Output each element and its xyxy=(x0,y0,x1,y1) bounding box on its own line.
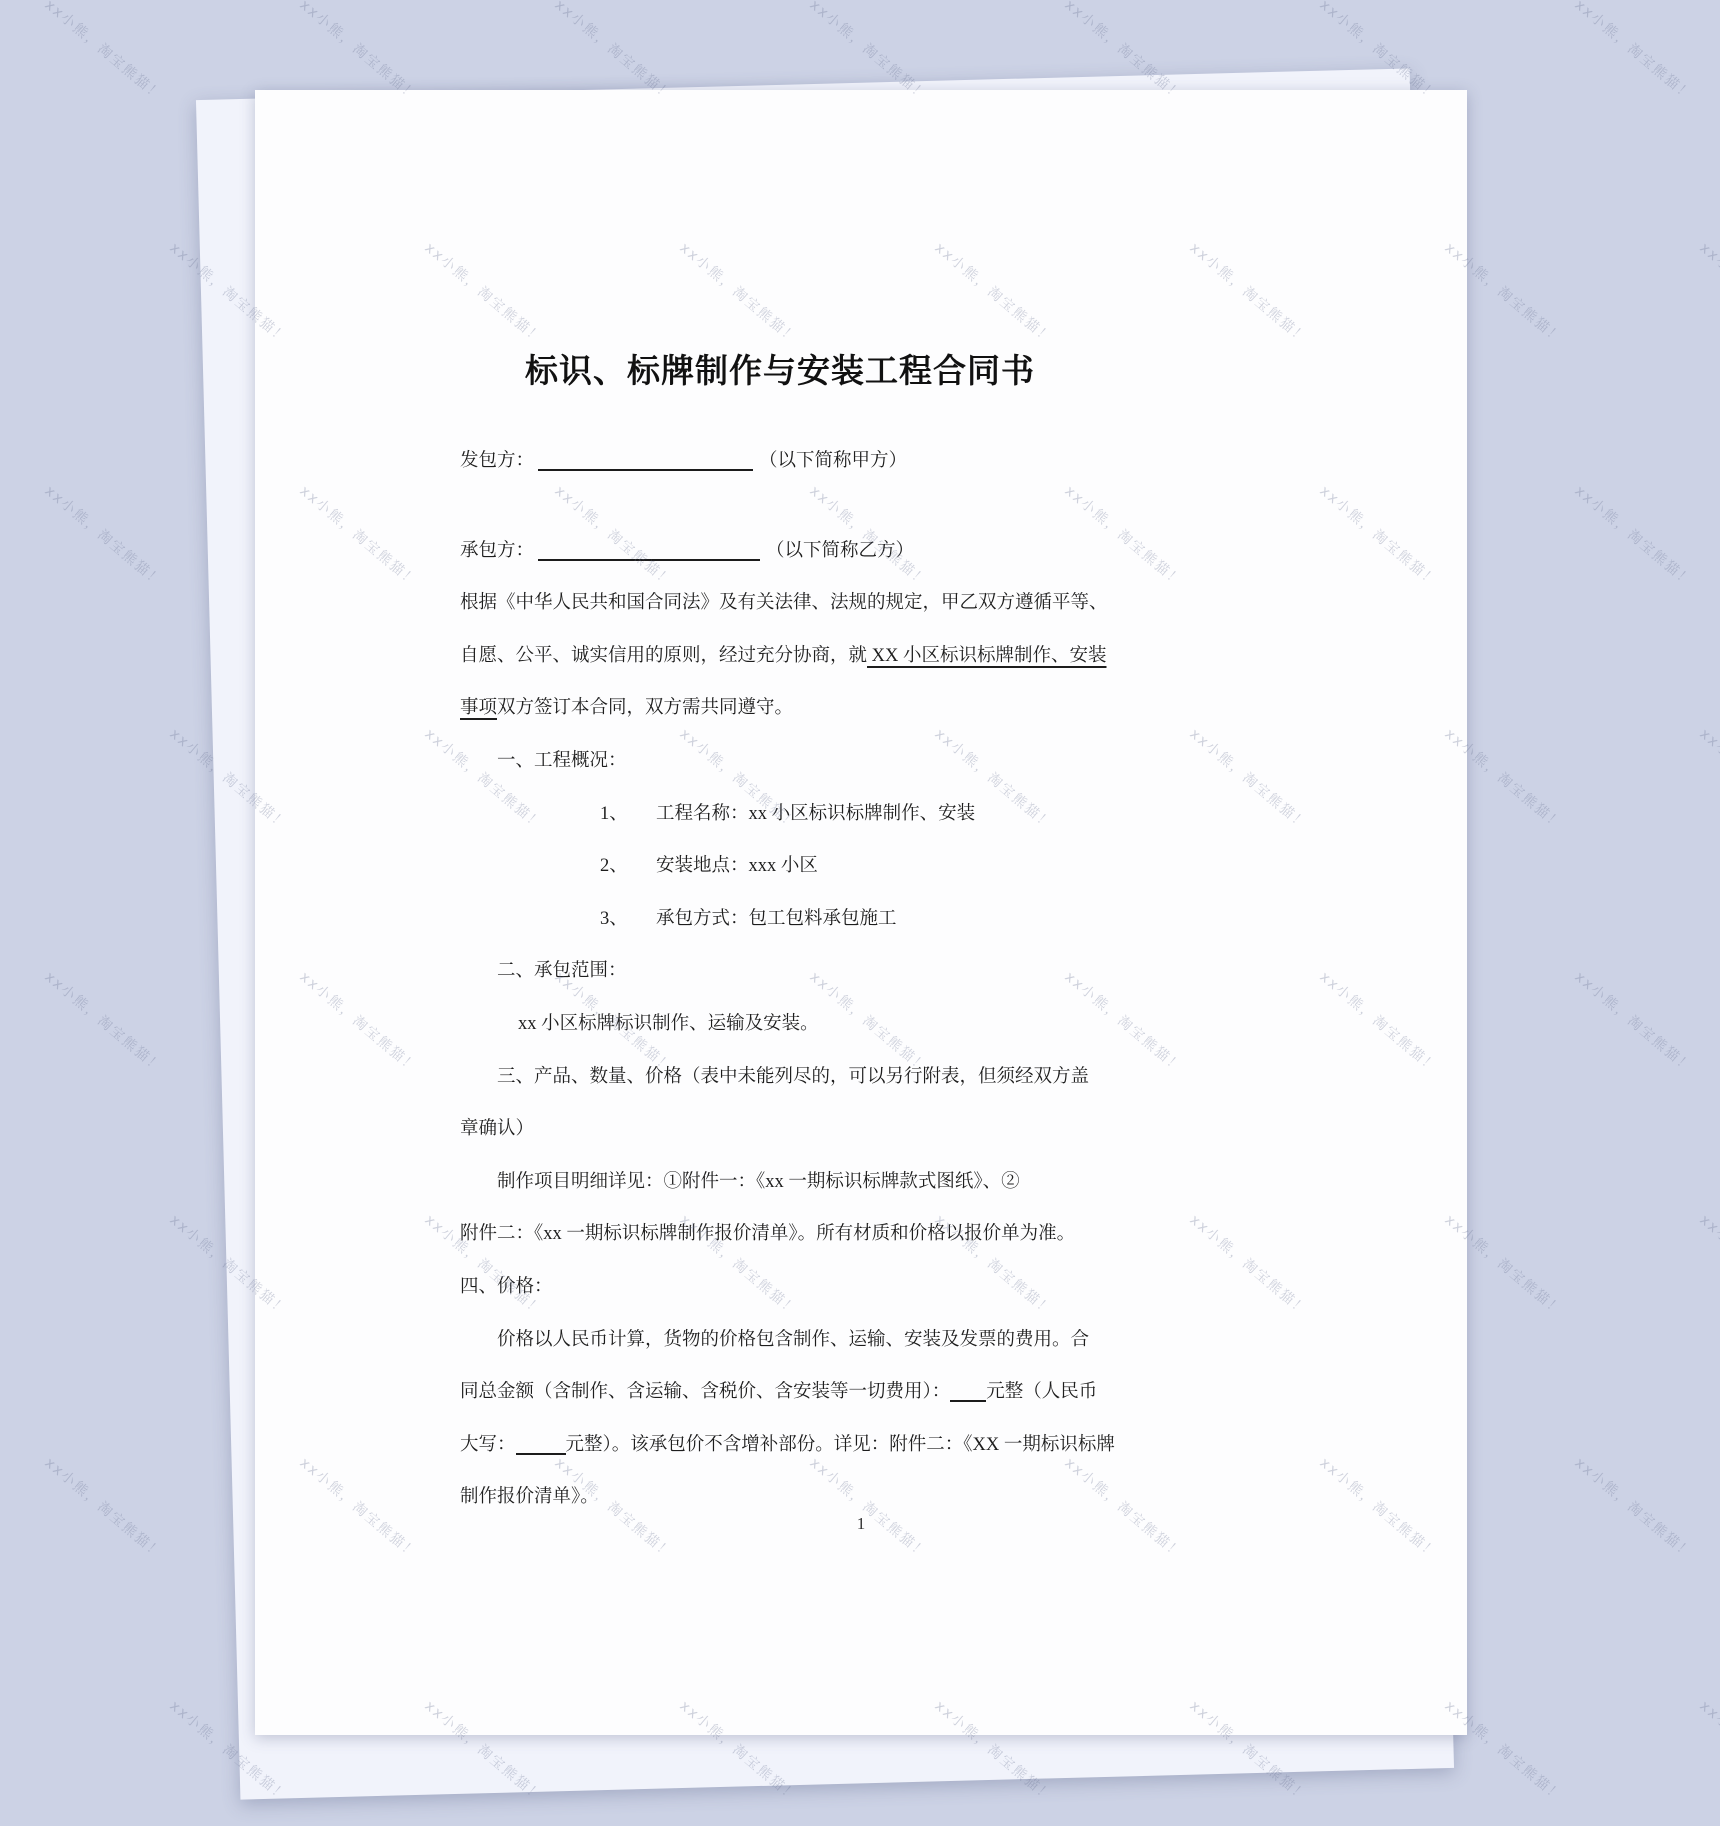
watermark-text: xx小熊，淘宝熊猫！ xyxy=(1696,724,1720,835)
intro-line-1: 根据《中华人民共和国合同法》及有关法律、法规的规定，甲乙双方遵循平等、 xyxy=(460,577,1100,630)
watermark-text: xx小熊，淘宝熊猫！ xyxy=(1571,481,1698,592)
section-4-heading: 四、价格： xyxy=(460,1261,1100,1314)
section-4-line-3: 大写：元整）。该承包价不含增补部份。详见：附件二：《XX 一期标识标牌 xyxy=(460,1419,1100,1472)
watermark-text: xx小熊，淘宝熊猫！ xyxy=(1571,0,1698,105)
intro-line-3-underlined: 事项 xyxy=(460,698,497,718)
section-4-line-2: 同总金额（含制作、含运输、含税价、含安装等一切费用）：元整（人民币 xyxy=(460,1366,1100,1419)
watermark-text: xx小熊，淘宝熊猫！ xyxy=(1571,967,1698,1078)
watermark-text: xx小熊，淘宝熊猫！ xyxy=(1696,1696,1720,1807)
total-amount-blank xyxy=(950,1382,986,1403)
party-a-blank-line xyxy=(538,451,753,472)
section-1-item-2: 2、安装地点：xxx 小区 xyxy=(460,840,1100,893)
party-b-label: 承包方： xyxy=(460,541,534,561)
section-3-detail-line-1: 制作项目明细详见：①附件一：《xx 一期标识标牌款式图纸》、② xyxy=(460,1156,1100,1209)
party-a-row: 发包方：（以下简称甲方） xyxy=(460,435,1100,488)
document-page: 标识、标牌制作与安装工程合同书 发包方：（以下简称甲方） 承包方：（以下简称乙方… xyxy=(255,90,1467,1735)
intro-line-2-text: 自愿、公平、诚实信用的原则，经过充分协商，就 xyxy=(460,646,867,666)
party-b-blank-line xyxy=(538,540,760,561)
item-1-text: 工程名称：xx 小区标识标牌制作、安装 xyxy=(656,804,975,824)
watermark-text: xx小熊，淘宝熊猫！ xyxy=(1571,1453,1698,1564)
watermark-text: xx小熊，淘宝熊猫！ xyxy=(41,481,168,592)
total-amount-after: 元整（人民币 xyxy=(986,1382,1097,1402)
amount-words-blank xyxy=(516,1434,566,1455)
section-3-heading-line-1: 三、产品、数量、价格（表中未能列尽的，可以另行附表，但须经双方盖 xyxy=(460,1051,1100,1104)
watermark-text: xx小熊，淘宝熊猫！ xyxy=(41,0,168,105)
party-b-note: （以下简称乙方） xyxy=(766,541,914,561)
page-number: 1 xyxy=(255,1514,1467,1534)
contract-title: 标识、标牌制作与安装工程合同书 xyxy=(460,348,1100,394)
intro-line-3-text: 双方签订本合同，双方需共同遵守。 xyxy=(497,698,793,718)
amount-words-after: 元整）。该承包价不含增补部份。详见：附件二：《XX 一期标识标牌 xyxy=(566,1435,1115,1455)
document-preview: 标识、标牌制作与安装工程合同书 发包方：（以下简称甲方） 承包方：（以下简称乙方… xyxy=(0,0,1720,1826)
item-3-text: 承包方式：包工包料承包施工 xyxy=(656,909,897,929)
section-3-detail-line-2: 附件二：《xx 一期标识标牌制作报价清单》。所有材质和价格以报价单为准。 xyxy=(460,1208,1100,1261)
item-3-number: 3、 xyxy=(600,893,656,946)
party-b-row: 承包方：（以下简称乙方） xyxy=(460,525,1100,578)
section-3-heading-line-2: 章确认） xyxy=(460,1103,1100,1156)
page-content: 标识、标牌制作与安装工程合同书 发包方：（以下简称甲方） 承包方：（以下简称乙方… xyxy=(460,90,1100,1524)
total-amount-text: 同总金额（含制作、含运输、含税价、含安装等一切费用）： xyxy=(460,1382,950,1402)
watermark-text: xx小熊，淘宝熊猫！ xyxy=(1696,1210,1720,1321)
section-1-heading: 一、工程概况： xyxy=(460,735,1100,788)
item-1-number: 1、 xyxy=(600,788,656,841)
intro-line-2: 自愿、公平、诚实信用的原则，经过充分协商，就 XX 小区标识标牌制作、安装 xyxy=(460,630,1100,683)
section-2-heading: 二、承包范围： xyxy=(460,945,1100,998)
section-1-item-1: 1、工程名称：xx 小区标识标牌制作、安装 xyxy=(460,788,1100,841)
item-2-text: 安装地点：xxx 小区 xyxy=(656,856,818,876)
party-a-label: 发包方： xyxy=(460,451,534,471)
intro-line-2-underlined: XX 小区标识标牌制作、安装 xyxy=(867,646,1106,666)
section-4-line-1: 价格以人民币计算，货物的价格包含制作、运输、安装及发票的费用。合 xyxy=(460,1314,1100,1367)
watermark-text: xx小熊，淘宝熊猫！ xyxy=(41,967,168,1078)
watermark-text: xx小熊，淘宝熊猫！ xyxy=(1696,238,1720,349)
section-2-body: xx 小区标牌标识制作、运输及安装。 xyxy=(460,998,1100,1051)
section-1-item-3: 3、承包方式：包工包料承包施工 xyxy=(460,893,1100,946)
intro-line-3: 事项双方签订本合同，双方需共同遵守。 xyxy=(460,682,1100,735)
item-2-number: 2、 xyxy=(600,840,656,893)
watermark-text: xx小熊，淘宝熊猫！ xyxy=(41,1453,168,1564)
party-a-note: （以下简称甲方） xyxy=(759,451,907,471)
amount-words-label: 大写： xyxy=(460,1435,516,1455)
